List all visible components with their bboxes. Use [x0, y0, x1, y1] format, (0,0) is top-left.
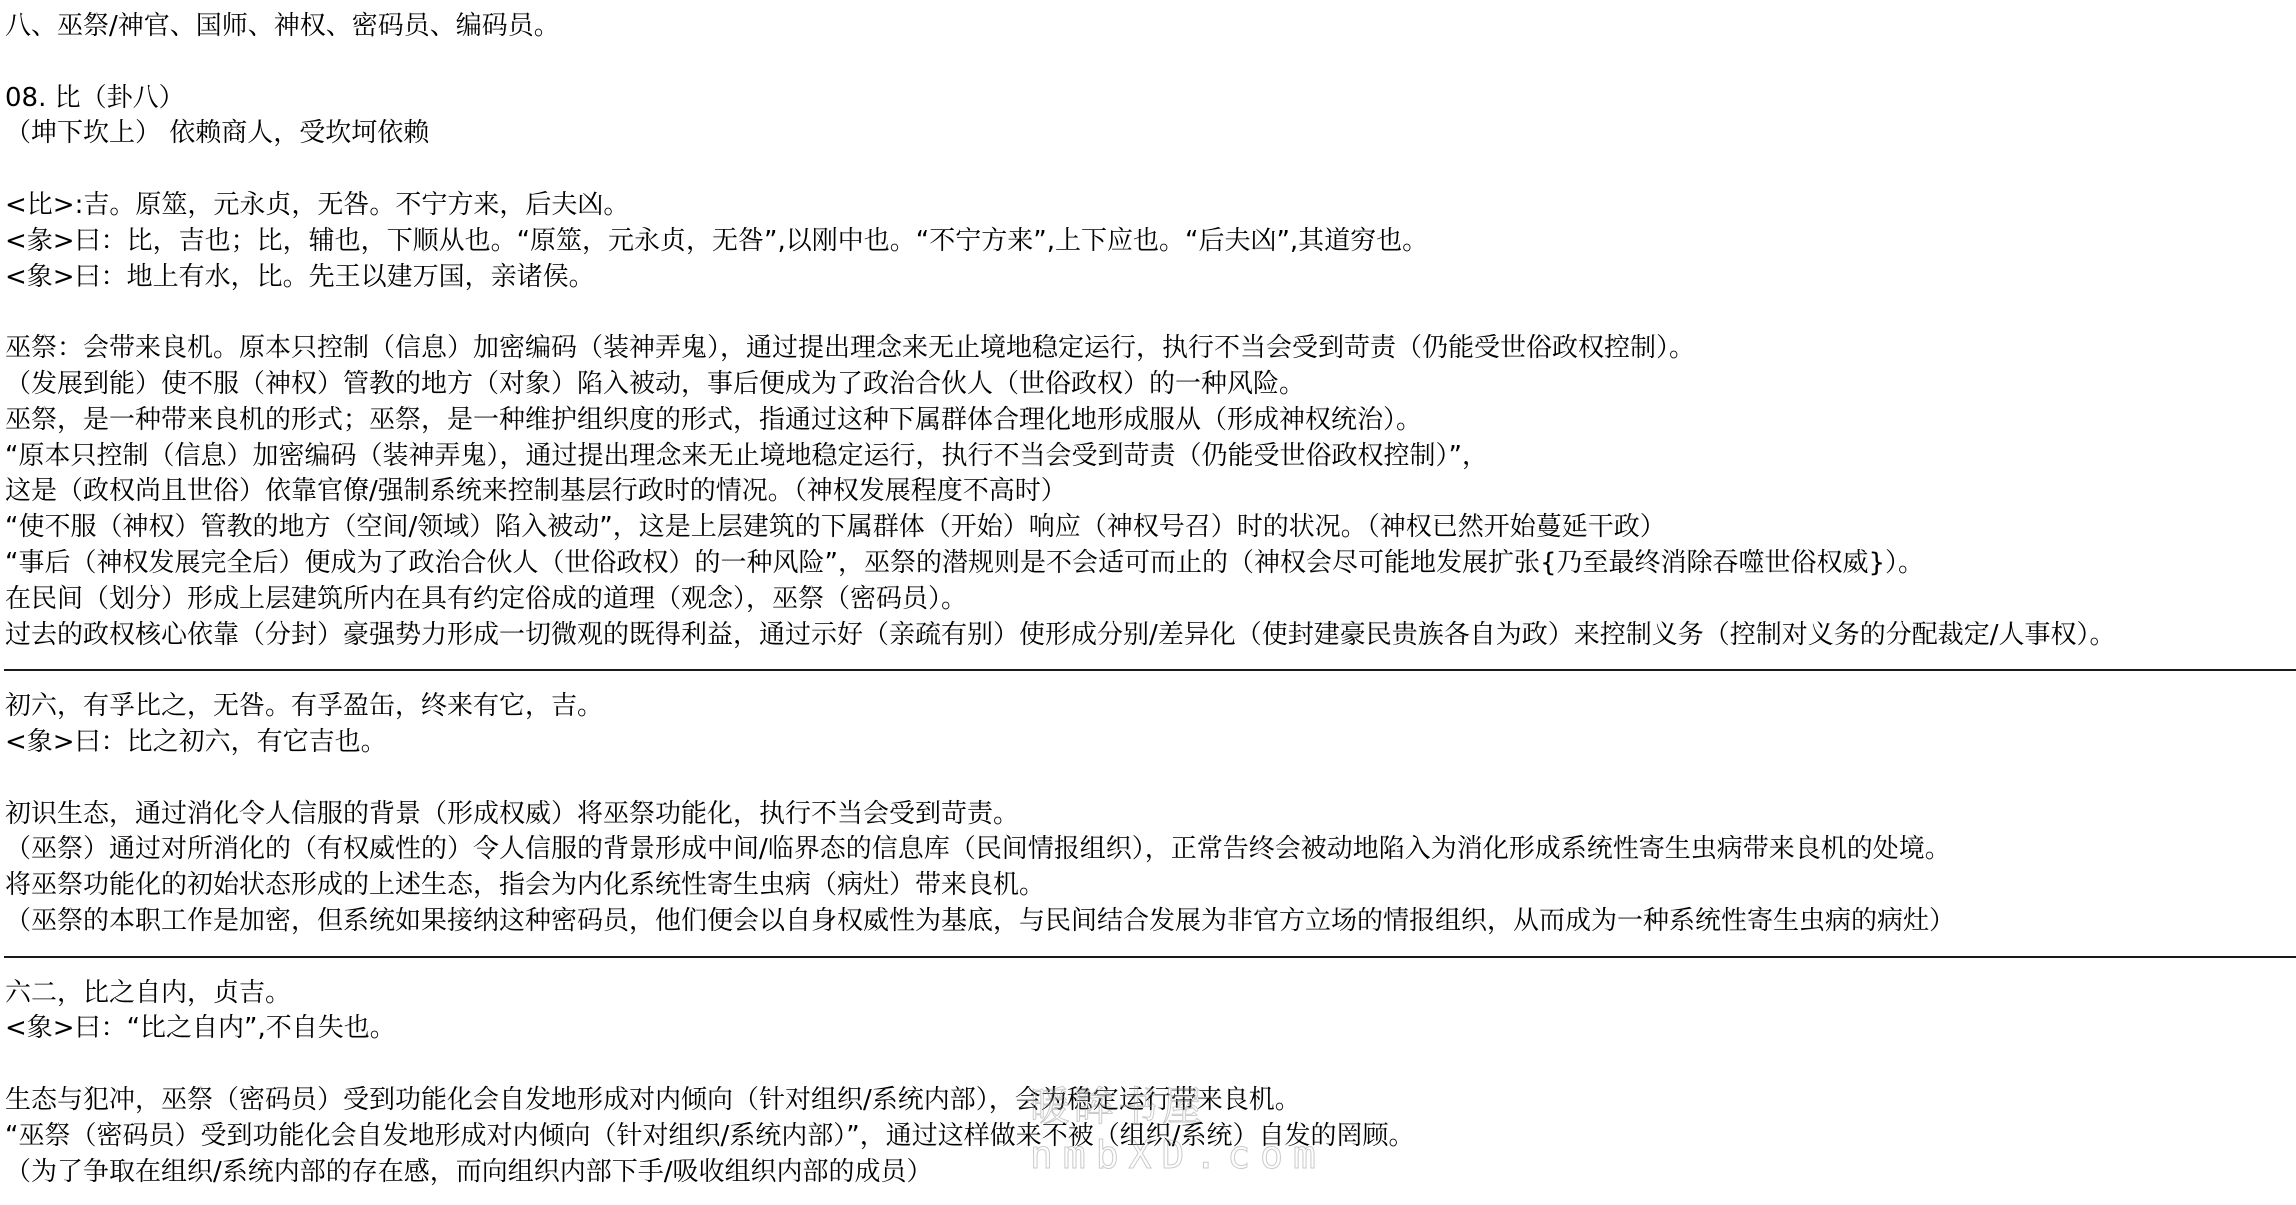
commentary-line: 将巫祭功能化的初始状态形成的上述生态，指会为内化系统性寄生虫病（病灶）带来良机。	[5, 868, 2296, 904]
commentary-line: “巫祭（密码员）受到功能化会自发地形成对内倾向（针对组织/系统内部）”，通过这样…	[5, 1119, 2296, 1155]
divider-rule	[4, 669, 2296, 671]
section-divider	[5, 940, 2296, 976]
xiang-text: <象>曰：地上有水，比。先王以建万国，亲诸侯。	[5, 260, 2296, 296]
section-divider	[5, 653, 2296, 689]
commentary-line: “事后（神权发展完全后）便成为了政治合伙人（世俗政权）的一种风险”，巫祭的潜规则…	[5, 546, 2296, 582]
line-chu-liu-text: 初六，有孚比之，无咎。有孚盈缶，终来有它，吉。	[5, 689, 2296, 725]
blank-line	[5, 295, 2296, 331]
blank-line	[5, 45, 2296, 81]
blank-line	[5, 152, 2296, 188]
commentary-line: （发展到能）使不服（神权）管教的地方（对象）陷入被动，事后便成为了政治合伙人（世…	[5, 367, 2296, 403]
hexagram-title: 08. 比（卦八）	[5, 81, 2296, 117]
commentary-line: （巫祭）通过对所消化的（有权威性的）令人信服的背景形成中间/临界态的信息库（民间…	[5, 832, 2296, 868]
commentary-line: 这是（政权尚且世俗）依靠官僚/强制系统来控制基层行政时的情况。（神权发展程度不高…	[5, 474, 2296, 510]
commentary-line: （巫祭的本职工作是加密，但系统如果接纳这种密码员，他们便会以自身权威性为基底，与…	[5, 904, 2296, 940]
divider-rule	[4, 956, 2296, 958]
blank-line	[5, 761, 2296, 797]
commentary-line: 巫祭：会带来良机。原本只控制（信息）加密编码（装神弄鬼），通过提出理念来无止境地…	[5, 331, 2296, 367]
commentary-line: 巫祭，是一种带来良机的形式；巫祭，是一种维护组织度的形式，指通过这种下属群体合理…	[5, 403, 2296, 439]
line-chu-liu-xiang: <象>曰：比之初六，有它吉也。	[5, 725, 2296, 761]
commentary-line: 初识生态，通过消化令人信服的背景（形成权威）将巫祭功能化，执行不当会受到苛责。	[5, 797, 2296, 833]
commentary-line: 在民间（划分）形成上层建筑所内在具有约定俗成的道理（观念），巫祭（密码员）。	[5, 582, 2296, 618]
hexagram-subtitle: （坤下坎上） 依赖商人，受坎坷依赖	[5, 116, 2296, 152]
blank-line	[5, 1047, 2296, 1083]
commentary-line: （为了争取在组织/系统内部的存在感，而向组织内部下手/吸收组织内部的成员）	[5, 1155, 2296, 1191]
commentary-line: 过去的政权核心依靠（分封）豪强势力形成一切微观的既得利益，通过示好（亲疏有别）使…	[5, 618, 2296, 654]
commentary-line: “原本只控制（信息）加密编码（装神弄鬼），通过提出理念来无止境地稳定运行，执行不…	[5, 439, 2296, 475]
tuan-text: <彖>曰：比，吉也；比，辅也，下顺从也。“原筮，元永贞，无咎”,以刚中也。“不宁…	[5, 224, 2296, 260]
section-heading: 八、巫祭/神官、国师、神权、密码员、编码员。	[5, 9, 2296, 45]
line-liu-er-xiang: <象>曰：“比之自内”,不自失也。	[5, 1011, 2296, 1047]
document-body: 八、巫祭/神官、国师、神权、密码员、编码员。 08. 比（卦八） （坤下坎上） …	[5, 9, 2296, 1190]
commentary-line: 生态与犯冲，巫祭（密码员）受到功能化会自发地形成对内倾向（针对组织/系统内部），…	[5, 1083, 2296, 1119]
line-liu-er-text: 六二，比之自内，贞吉。	[5, 976, 2296, 1012]
commentary-line: “使不服（神权）管教的地方（空间/领域）陷入被动”，这是上层建筑的下属群体（开始…	[5, 510, 2296, 546]
judgment-text: <比>:吉。原筮，元永贞，无咎。不宁方来，后夫凶。	[5, 188, 2296, 224]
